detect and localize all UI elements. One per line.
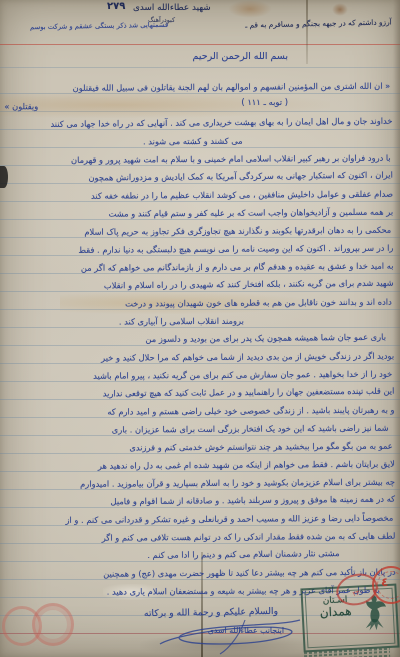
- stamp-city-word: همدان: [309, 605, 362, 621]
- stain: [332, 3, 348, 16]
- handwritten-line: ایران ، اکنون که استکبار جهانی به سرکردگ…: [5, 166, 393, 188]
- handwritten-line: داده اند و بدانند خون ناقابل من هم به قط…: [4, 293, 392, 314]
- martyr-name-label: شهید عطاءالله اسدی: [133, 3, 211, 13]
- ruled-line-top: [0, 67, 400, 68]
- signature-block: اینجانب عطاءالله اسدی: [150, 614, 310, 656]
- handwritten-line: مشتی نثار دشمنان اسلام می کنم و دینم را …: [7, 544, 339, 565]
- handwritten-line: این قلب تپنده مستضعفین جهان را راهنمایید…: [6, 382, 394, 404]
- basmala: بسم الله الرحمن الرحیم: [193, 51, 288, 62]
- archive-number: ۲۷۹: [107, 1, 125, 12]
- body-lines: « ان الله اشتری من المؤمنین انفسهم و امو…: [4, 77, 396, 602]
- handwritten-line: خداوند جان و مال اهل ایمان را به بهای به…: [4, 112, 392, 134]
- red-margin-line-top: [0, 44, 400, 45]
- handwritten-line: باری عمو جان شما همیشه همچون یک پدر برای…: [6, 328, 386, 350]
- faded-red-seal: [32, 603, 74, 646]
- blue-annotation: قسمتهایی شد ذکر بستگی عشقم و شرکت بوسم: [30, 21, 168, 31]
- stain: [228, 0, 272, 18]
- handwritten-line: محکمی را به دهان ابرقدرتها بکوبند و نگذا…: [3, 221, 391, 242]
- handwritten-line: « ان الله اشتری من المؤمنین انفسهم و امو…: [2, 77, 390, 98]
- pen-annotation: آرزو داشتم که در جبهه بجنگم و مسافرم به …: [245, 17, 392, 29]
- signature-name: اینجانب عطاءالله اسدی: [208, 626, 284, 635]
- handwritten-line: مخصوصاً دایی رضا و عزیز الله و مسیب احمد…: [5, 509, 393, 530]
- handwritten-line: برومند انقلاب اسلامی را آبیاری کند .: [6, 312, 244, 332]
- round-seal-number: ٤: [381, 575, 388, 589]
- verse-reference: ( توبه ـ ۱۱۱ ): [241, 97, 288, 107]
- handwritten-line: می کشند و کشته می شوند .: [5, 132, 243, 152]
- signature-flourish-icon: [150, 614, 310, 656]
- handwritten-line: عمو به من بگو مگو مرا ببخشید هر چند نتوا…: [5, 437, 393, 458]
- scanned-testament-page: ۲۷۹ شهید عطاءالله اسدی کبودرآهنگ قسمتهای…: [0, 0, 400, 657]
- paper-crease: [306, 0, 308, 64]
